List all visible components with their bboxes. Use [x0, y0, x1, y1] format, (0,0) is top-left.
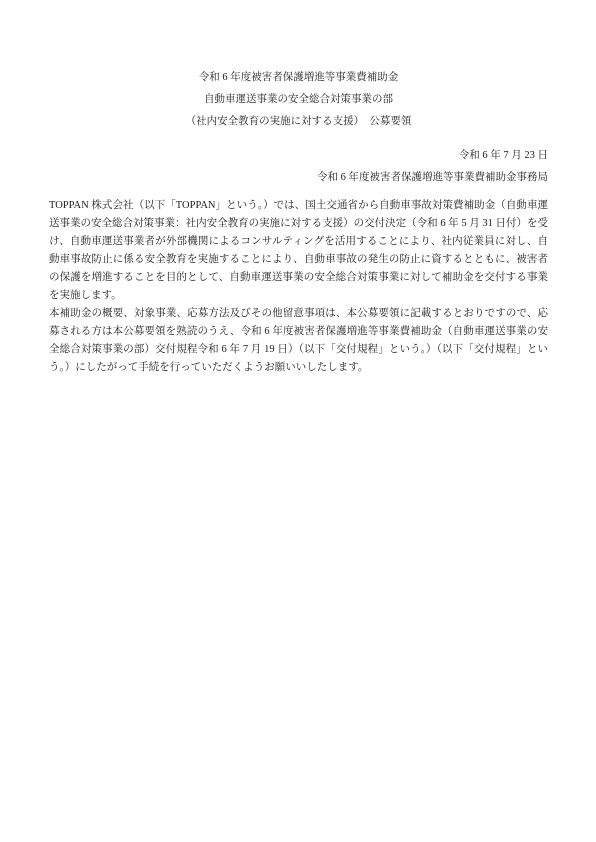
date-issuer-block: 令和 6 年 7 月 23 日 令和 6 年度被害者保護増進等事業費補助金事務局: [49, 145, 548, 189]
document-title-line-3: （社内安全教育の実施に対する支援） 公募要領: [49, 111, 548, 133]
document-body: TOPPAN 株式会社（以下「TOPPAN」という。）では、国土交通省から自動車…: [49, 197, 548, 377]
document-title-line-2: 自動車運送事業の安全総合対策事業の部: [49, 89, 548, 111]
body-paragraph-2: 本補助金の概要、対象事業、応募方法及びその他留意事項は、本公募要領に記載するとお…: [49, 305, 548, 377]
document-title-block: 令和 6 年度被害者保護増進等事業費補助金 自動車運送事業の安全総合対策事業の部…: [49, 67, 548, 133]
document-title-line-1: 令和 6 年度被害者保護増進等事業費補助金: [49, 67, 548, 89]
document-page: 令和 6 年度被害者保護増進等事業費補助金 自動車運送事業の安全総合対策事業の部…: [0, 0, 596, 842]
document-date: 令和 6 年 7 月 23 日: [49, 145, 548, 167]
document-issuer: 令和 6 年度被害者保護増進等事業費補助金事務局: [49, 167, 548, 189]
body-paragraph-1: TOPPAN 株式会社（以下「TOPPAN」という。）では、国土交通省から自動車…: [49, 197, 548, 305]
